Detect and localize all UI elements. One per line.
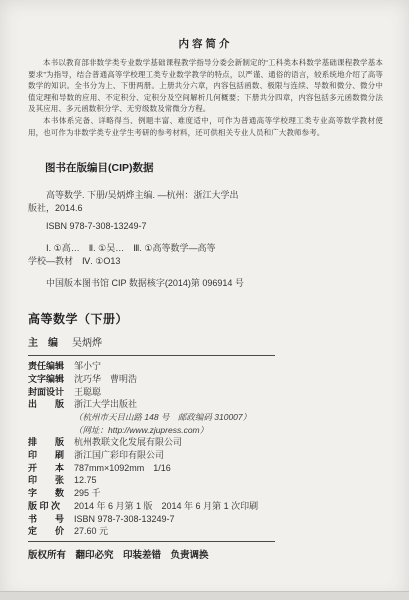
colophon-row: 出 版 浙江大学出版社 (28, 398, 383, 411)
colophon-row: 书 号 ISBN 978-7-308-13249-7 (28, 513, 383, 526)
colophon-value: ISBN 978-7-308-13249-7 (74, 513, 175, 526)
colophon-row: 排 版 杭州教联文化发展有限公司 (28, 436, 383, 449)
content-summary-title: 内容简介 (28, 36, 383, 51)
colophon-row: 责任编辑 邹小宁 (28, 360, 383, 373)
colophon-row-note: （杭州市天目山路 148 号 邮政编码 310007） (28, 411, 383, 424)
page-content: 内容简介 本书以教育部非数学类专业数学基础课程教学指导分委会新制定的“工科类本科… (0, 0, 409, 561)
colophon-label: 定 价 (28, 525, 65, 538)
colophon-value: 沈巧华 曹明浩 (74, 373, 137, 386)
cip-heading: 图书在版编目(CIP)数据 (45, 160, 383, 175)
divider-rule-top (28, 355, 275, 356)
chief-editor-name: 吴炳烨 (72, 334, 102, 349)
colophon-value: 王聪聪 (74, 386, 101, 399)
copyright-notice: 版权所有 翻印必究 印装差错 负责调换 (28, 547, 383, 561)
colophon-value: 12.75 (74, 474, 97, 487)
divider-rule-bottom (28, 541, 275, 542)
colophon-label: 字 数 (28, 487, 65, 500)
colophon-row-note: （网址：http://www.zjupress.com） (28, 424, 383, 437)
colophon-row: 文字编辑 沈巧华 曹明浩 (28, 373, 383, 386)
colophon-table: 责任编辑 邹小宁 文字编辑 沈巧华 曹明浩 封面设计 王聪聪 出 版 浙江大学出… (28, 360, 383, 538)
colophon-value: 2014 年 6 月第 1 版 2014 年 6 月第 1 次印刷 (74, 500, 258, 513)
colophon-row: 定 价 27.60 元 (28, 525, 383, 538)
chief-editor-label: 主 编 (28, 334, 62, 349)
cip-classification-line: 学校—教材 Ⅳ. ①O13 (28, 255, 383, 268)
colophon-label: 印 张 (28, 474, 65, 487)
copyright-page: 内容简介 本书以教育部非数学类专业数学基础课程教学指导分委会新制定的“工科类本科… (0, 0, 409, 600)
colophon-label: 版 印 次 (28, 500, 65, 513)
colophon-row: 版 印 次 2014 年 6 月第 1 版 2014 年 6 月第 1 次印刷 (28, 500, 383, 513)
cip-isbn: ISBN 978-7-308-13249-7 (28, 220, 383, 233)
colophon-row: 字 数 295 千 (28, 487, 383, 500)
cip-record: 中国版本图书馆 CIP 数据核字(2014)第 096914 号 (28, 277, 383, 290)
colophon-value: 浙江国广彩印有限公司 (74, 449, 164, 462)
cip-citation-line: 高等数学. 下册/吴炳烨主编. —杭州：浙江大学出 (28, 189, 383, 202)
book-title: 高等数学（下册） (28, 310, 383, 327)
cip-citation-line: 版社，2014.6 (28, 202, 383, 215)
colophon-label: 印 刷 (28, 449, 65, 462)
colophon-label: 出 版 (28, 398, 65, 411)
colophon-value: 邹小宁 (74, 360, 101, 373)
colophon-label: 书 号 (28, 513, 65, 526)
chief-editor-line: 主 编 吴炳烨 (28, 334, 383, 349)
cip-section: 高等数学. 下册/吴炳烨主编. —杭州：浙江大学出 版社，2014.6 ISBN… (28, 189, 383, 290)
colophon-label: 文字编辑 (28, 373, 65, 386)
colophon-label: 责任编辑 (28, 360, 65, 373)
content-summary-paragraph: 本书体系完备、详略得当、例题丰富、难度适中，可作为普通高等学校理工类专业高等数学… (28, 115, 383, 138)
content-summary-paragraph: 本书以教育部非数学类专业数学基础课程教学指导分委会新制定的“工科类本科数学基础课… (28, 57, 383, 115)
colophon-value: 787mm×1092mm 1/16 (74, 462, 171, 475)
colophon-row: 印 张 12.75 (28, 474, 383, 487)
cip-classification-line: Ⅰ. ①高… Ⅱ. ①吴… Ⅲ. ①高等数学—高等 (28, 242, 383, 255)
colophon-value: 27.60 元 (74, 525, 108, 538)
colophon-label: 封面设计 (28, 386, 65, 399)
colophon-row: 印 刷 浙江国广彩印有限公司 (28, 449, 383, 462)
publisher-address-note: （杭州市天目山路 148 号 邮政编码 310007） (74, 411, 251, 424)
scan-edge-decoration (0, 591, 409, 600)
colophon-label: 开 本 (28, 462, 65, 475)
colophon-value: 浙江大学出版社 (74, 398, 137, 411)
colophon-value: 295 千 (74, 487, 101, 500)
colophon-row: 封面设计 王聪聪 (28, 386, 383, 399)
content-summary-section: 内容简介 本书以教育部非数学类专业数学基础课程教学指导分委会新制定的“工科类本科… (28, 36, 383, 138)
publisher-website-note: （网址：http://www.zjupress.com） (74, 424, 208, 437)
colophon-row: 开 本 787mm×1092mm 1/16 (28, 462, 383, 475)
colophon-value: 杭州教联文化发展有限公司 (74, 436, 182, 449)
colophon-label: 排 版 (28, 436, 65, 449)
